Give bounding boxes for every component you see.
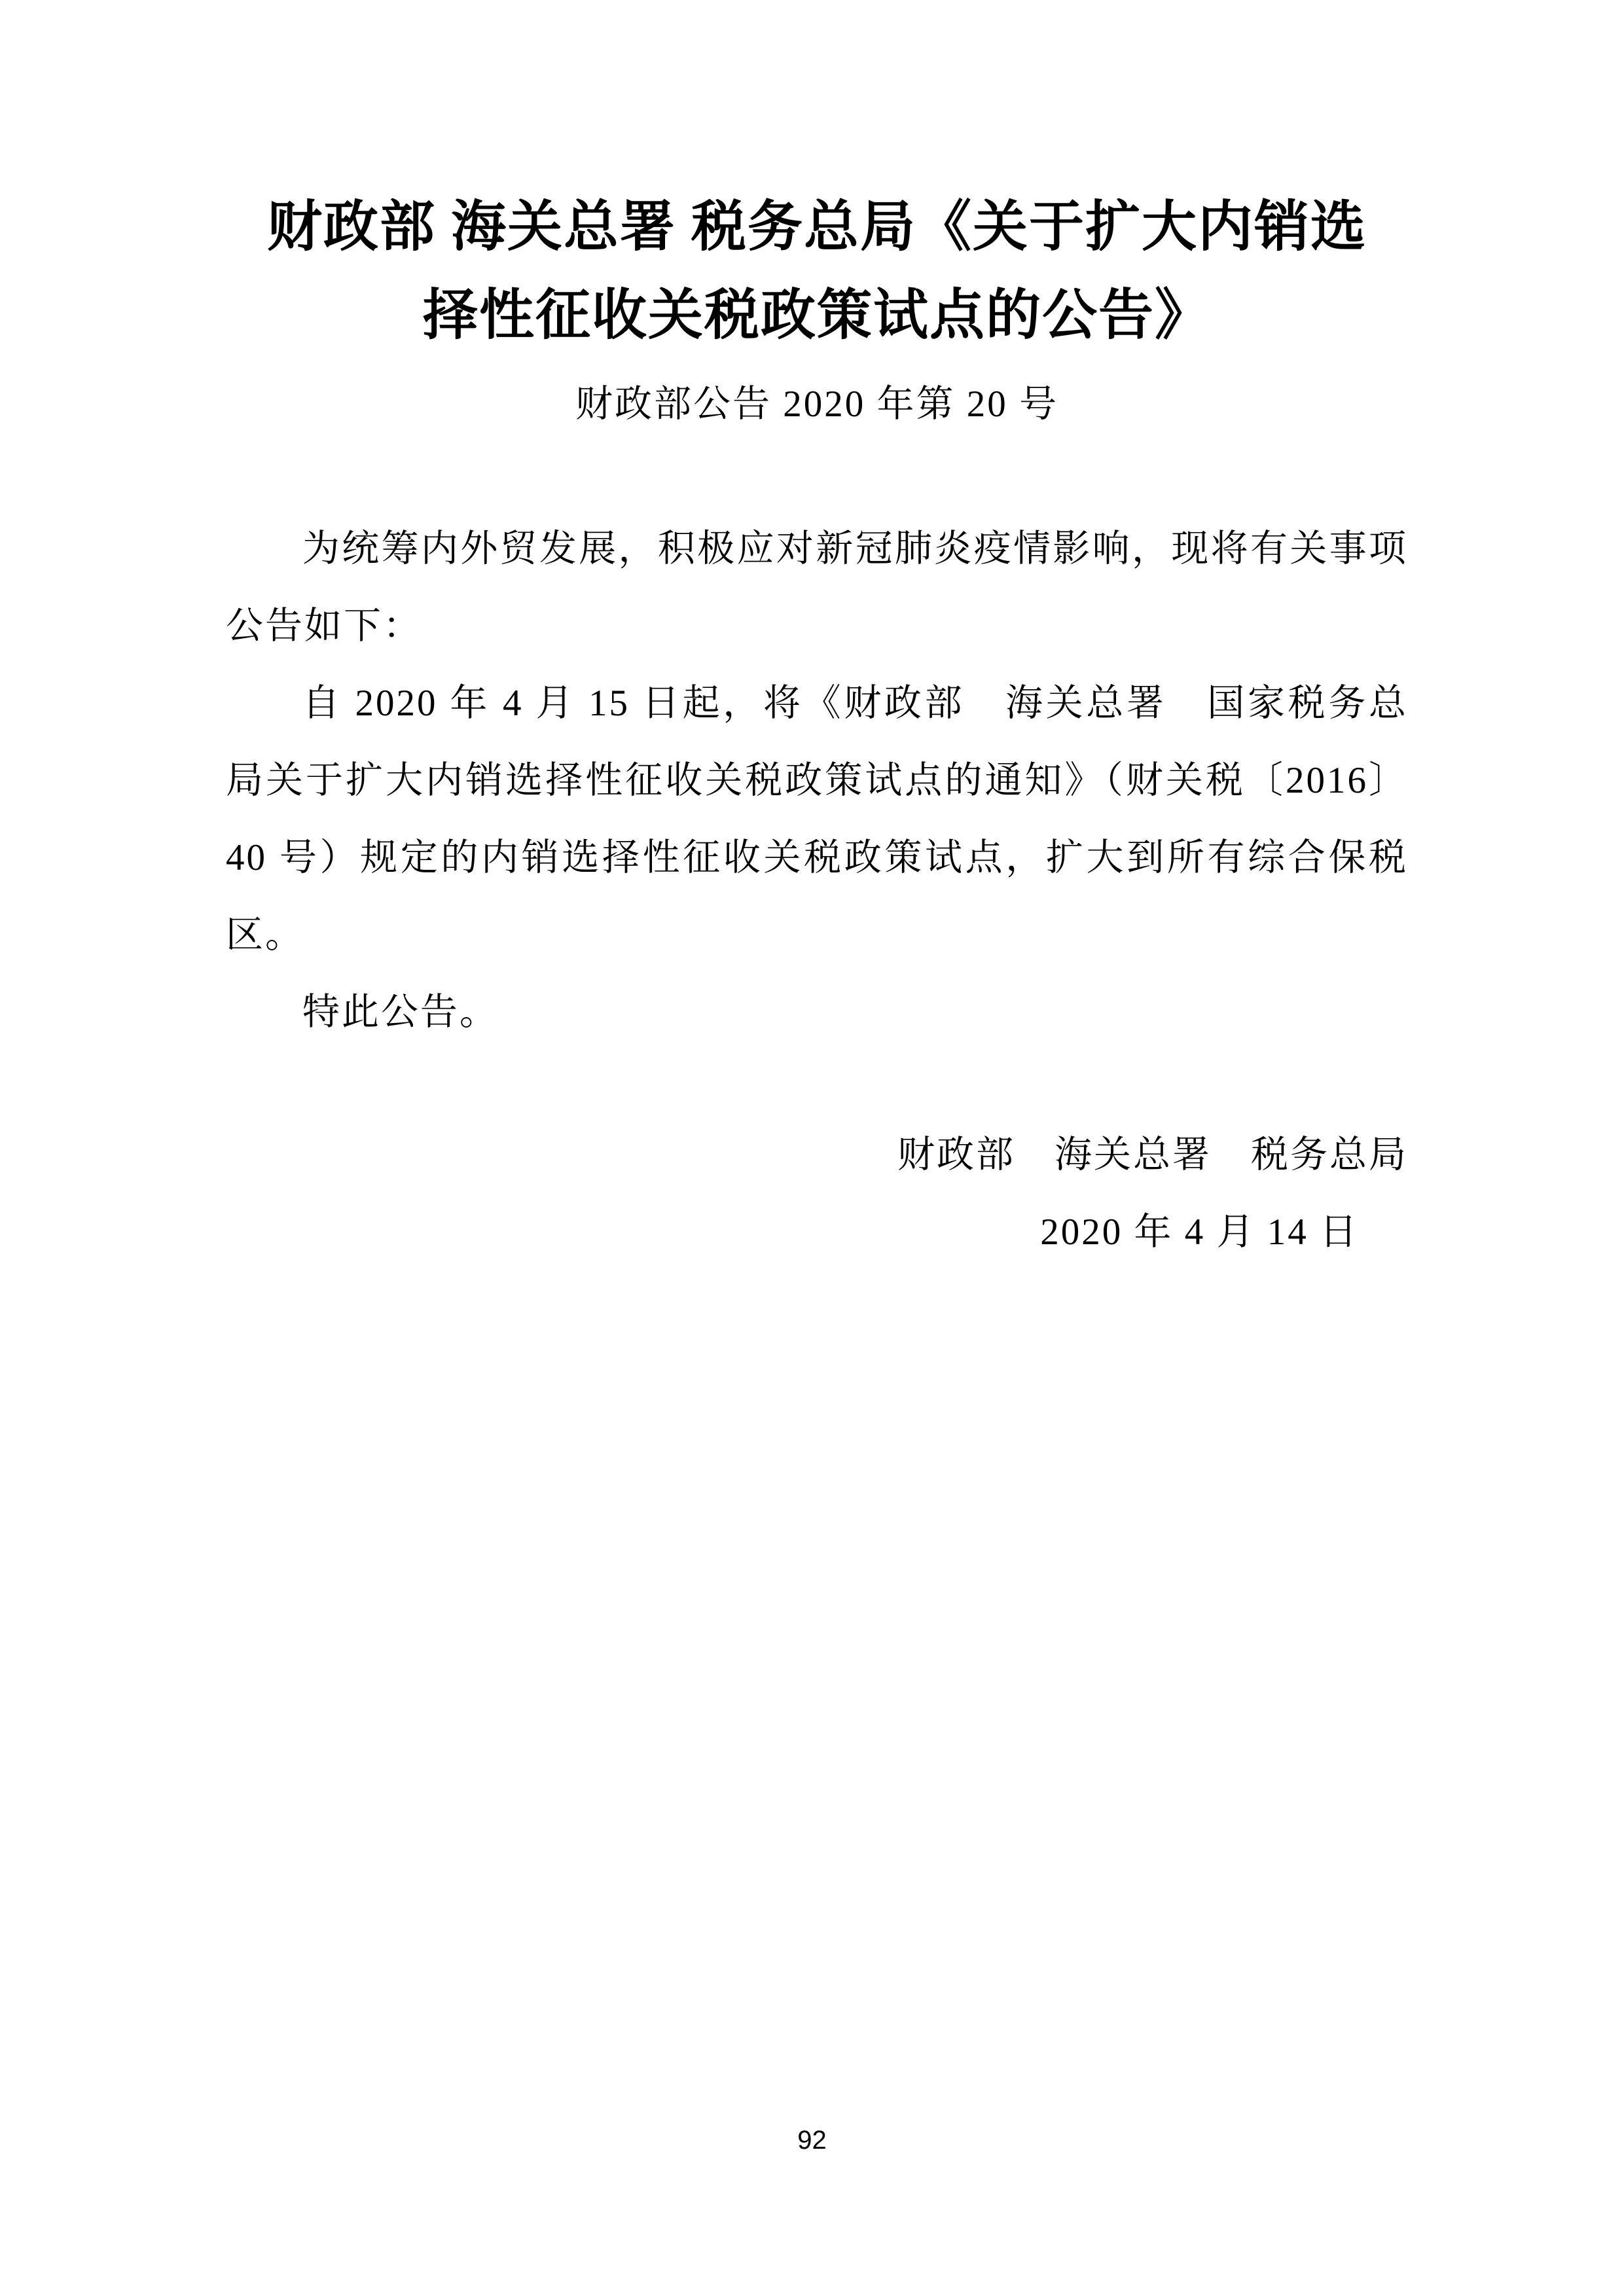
document-page: 财政部 海关总署 税务总局《关于扩大内销选 择性征收关税政策试点的公告》 财政部… xyxy=(0,0,1624,2296)
page-footer: 92 xyxy=(0,2126,1624,2155)
paragraph-main: 自 2020 年 4 月 15 日起，将《财政部 海关总署 国家税务总局关于扩大… xyxy=(226,665,1408,974)
paragraph-intro: 为统筹内外贸发展，积极应对新冠肺炎疫情影响，现将有关事项公告如下： xyxy=(226,511,1408,665)
document-body: 为统筹内外贸发展，积极应对新冠肺炎疫情影响，现将有关事项公告如下： 自 2020… xyxy=(226,511,1408,1051)
signature-agencies: 财政部 海关总署 税务总局 xyxy=(226,1117,1408,1194)
page-number: 92 xyxy=(797,2126,827,2155)
document-title-line-1: 财政部 海关总署 税务总局《关于扩大内销选 xyxy=(226,183,1408,272)
signature-date: 2020 年 4 月 14 日 xyxy=(226,1194,1408,1271)
document-title-line-2: 择性征收关税政策试点的公告》 xyxy=(226,272,1408,360)
signature-block: 财政部 海关总署 税务总局 2020 年 4 月 14 日 xyxy=(226,1117,1408,1271)
document-title: 财政部 海关总署 税务总局《关于扩大内销选 择性征收关税政策试点的公告》 xyxy=(226,183,1408,360)
document-number: 财政部公告 2020 年第 20 号 xyxy=(226,373,1408,435)
paragraph-closing: 特此公告。 xyxy=(226,974,1408,1051)
